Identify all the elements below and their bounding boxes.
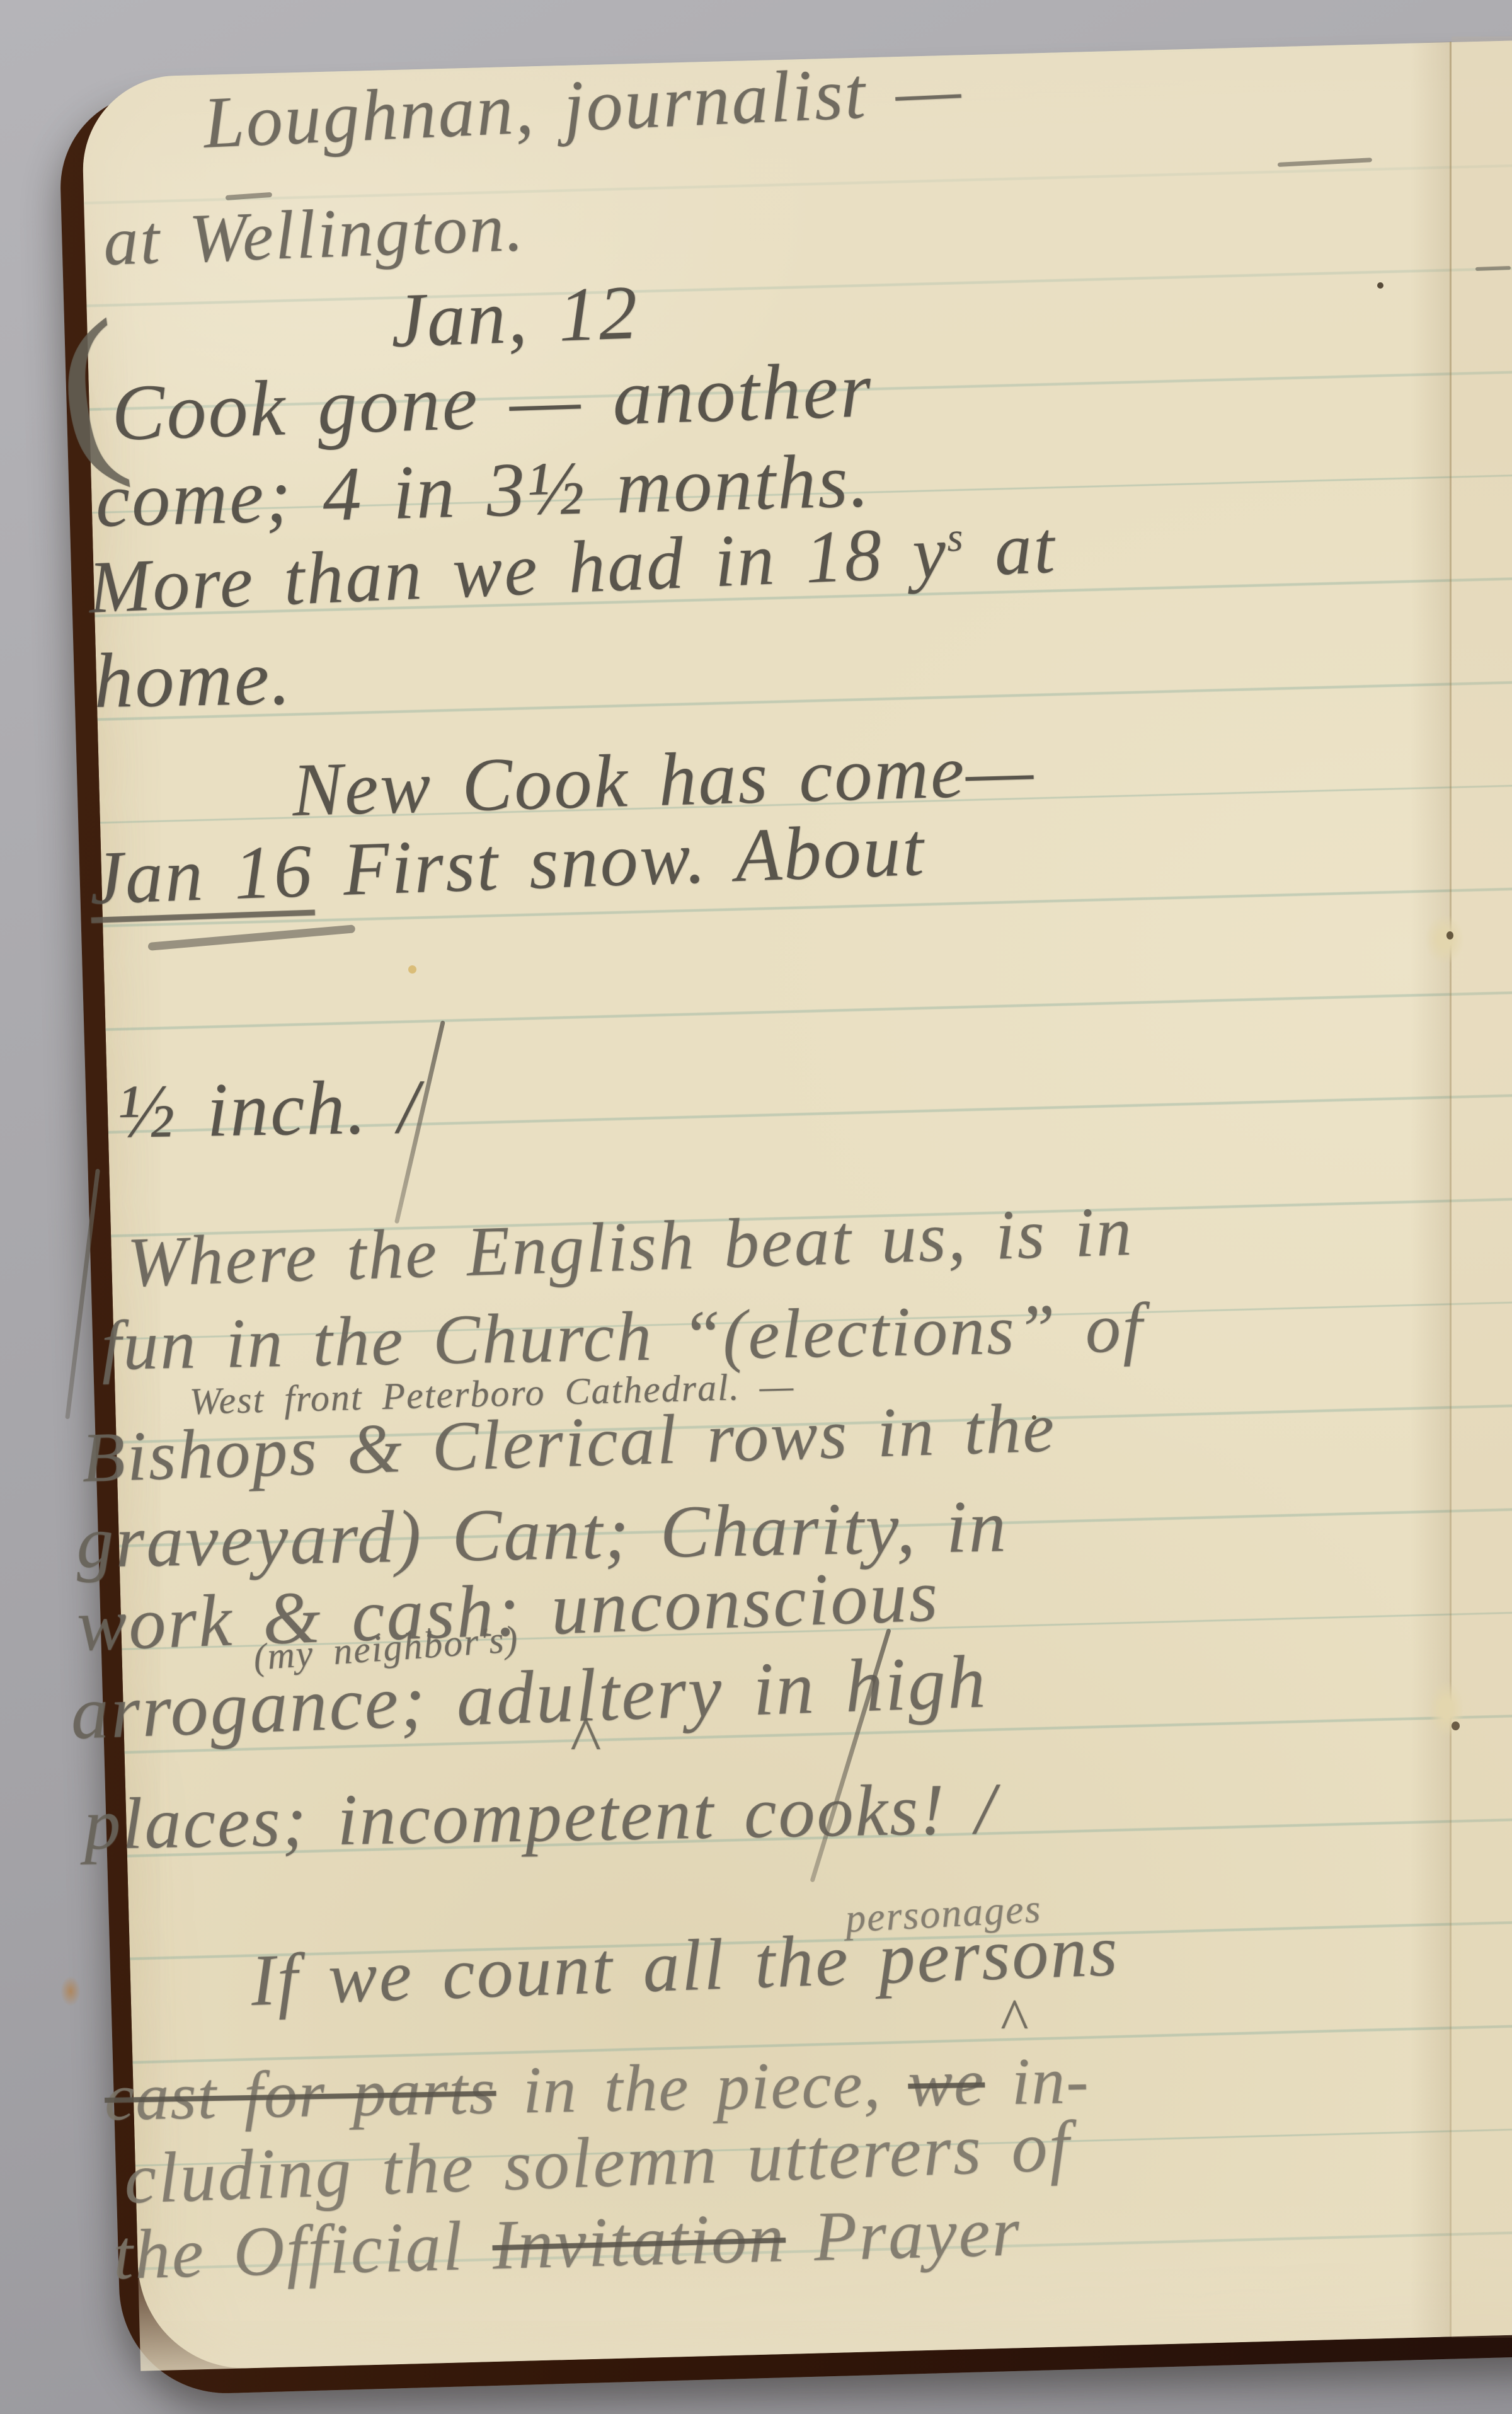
handwritten-line: Loughnan, journalist — (202, 47, 965, 166)
scanned-notebook-scan: ( Loughnan, journalist — at Wellington. … (0, 0, 1512, 2414)
line-text: places; incompetent cooks! / (83, 1769, 998, 1865)
line-text: home. (93, 635, 293, 724)
caret-mark: ^ (570, 1701, 601, 1778)
yellow-speck (408, 965, 416, 974)
line-text: Loughnan, journalist — (202, 49, 964, 164)
superscript-s: s (946, 514, 965, 560)
line-text: Where the English beat us, is in (126, 1192, 1135, 1302)
dark-speck (1377, 282, 1383, 289)
handwritten-line: Jan 16 First snow. About (88, 806, 927, 922)
line-text: at Wellington. (102, 188, 526, 280)
underlined-date: Jan 16 (88, 829, 315, 920)
struck-text: Invitation (491, 2198, 787, 2284)
line-text: ½ inch. / (117, 1064, 421, 1154)
handwritten-line: at Wellington. (102, 187, 526, 282)
paper-flaw-dot (1446, 931, 1453, 940)
line-text: Jan, 12 (389, 270, 641, 364)
paper-flaw (1425, 915, 1464, 964)
crease-shadow (1410, 42, 1450, 2336)
page-edge-strip (1452, 37, 1512, 2338)
handwritten-line: Where the English beat us, is in (126, 1191, 1135, 1304)
line-text: Prayer (784, 2192, 1022, 2277)
handwritten-line: Jan, 12 (389, 268, 641, 365)
slash-mark (65, 1169, 100, 1420)
paper-flaw-dot (1452, 1721, 1460, 1730)
line-text: If we count all the persons (249, 1911, 1120, 2021)
handwritten-line: places; incompetent cooks! / (83, 1767, 998, 1867)
underline-flourish (147, 924, 355, 951)
handwriting-layer: ( Loughnan, journalist — at Wellington. … (0, 0, 1512, 2414)
line-text: at (963, 506, 1058, 592)
rust-stain (60, 1976, 81, 2006)
handwritten-line: home. (93, 633, 293, 726)
struck-text: cast for parts (104, 2054, 496, 2134)
handwritten-line: If we count all the persons (249, 1909, 1120, 2023)
handwritten-line: ½ inch. / (117, 1063, 421, 1156)
line-text: the Official (112, 2206, 493, 2294)
caret-glyph: ^ (570, 1703, 601, 1776)
stray-dash-mark (1278, 158, 1372, 167)
